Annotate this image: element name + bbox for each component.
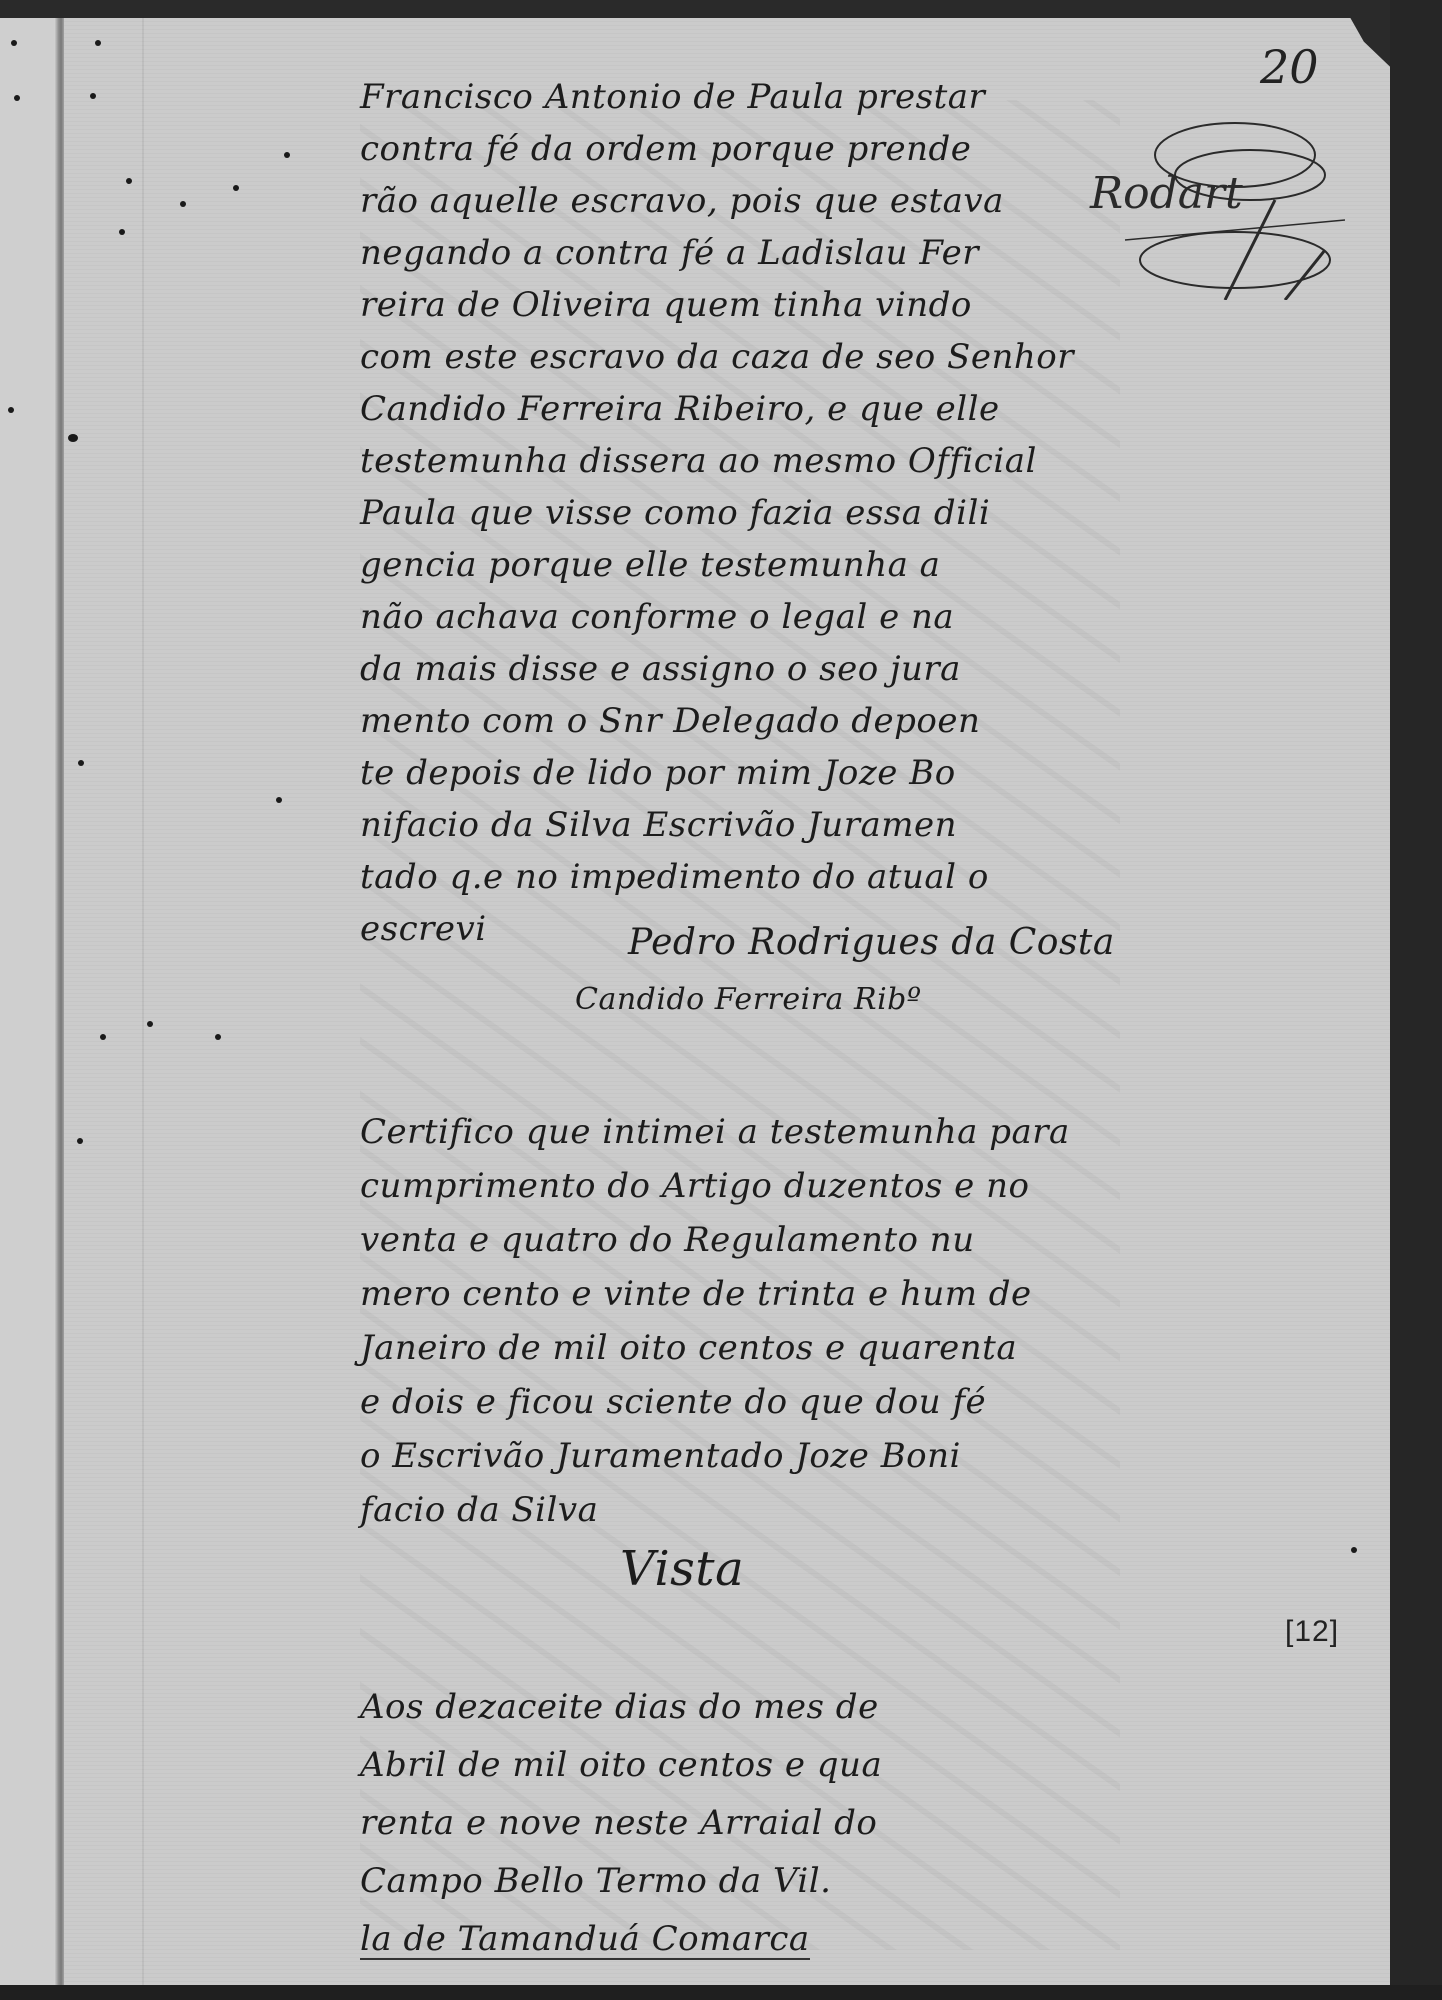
folio-number: 20 xyxy=(1260,40,1319,94)
text-line: Candido Ferreira Ribeiro, e que elle xyxy=(360,392,1000,426)
text-line: Certifico que intimei a testemunha para xyxy=(360,1115,1070,1149)
text-line: renta e nove neste Arraial do xyxy=(360,1806,877,1840)
text-line: nifacio da Silva Escrivão Juramen xyxy=(360,808,957,842)
paper-speck xyxy=(180,201,186,207)
text-line: e dois e ficou sciente do que dou fé xyxy=(360,1385,986,1419)
text-line: testemunha dissera ao mesmo Official xyxy=(360,444,1037,478)
text-line: cumprimento do Artigo duzentos e no xyxy=(360,1169,1029,1203)
paper-speck xyxy=(284,152,290,158)
paper-speck xyxy=(90,93,96,99)
paper-speck xyxy=(77,1138,83,1144)
archive-page-marker: [12] xyxy=(1285,1615,1339,1649)
text-line: Campo Bello Termo da Vil. xyxy=(360,1864,831,1898)
paper-speck xyxy=(11,40,17,46)
text-line: te depois de lido por mim Joze Bo xyxy=(360,756,956,790)
scan-background-right xyxy=(1390,0,1442,2000)
signature-witness: Pedro Rodrigues da Costa xyxy=(628,925,1115,961)
paper-speck xyxy=(147,1021,153,1027)
text-line: Paula que visse como fazia essa dili xyxy=(360,496,990,530)
scanned-manuscript: 20 Rodart Francisco Antonio de Paula pre… xyxy=(0,0,1442,2000)
paper-speck xyxy=(68,434,78,442)
facing-page-edge xyxy=(0,18,56,1993)
signature-second: Candido Ferreira Ribº xyxy=(575,985,921,1015)
text-line: mero cento e vinte de trinta e hum de xyxy=(360,1277,1032,1311)
text-line: com este escravo da caza de seo Senhor xyxy=(360,340,1074,374)
paper-speck xyxy=(1351,1547,1357,1553)
scan-background-bottom xyxy=(0,1985,1442,2000)
vista-heading: Vista xyxy=(620,1545,744,1593)
text-line: tado q.e no impedimento do atual o xyxy=(360,860,989,894)
text-line: Abril de mil oito centos e qua xyxy=(360,1748,882,1782)
paper-speck xyxy=(8,407,14,413)
text-line: gencia porque elle testemunha a xyxy=(360,548,940,582)
paper-speck xyxy=(14,95,20,101)
paper-speck xyxy=(95,40,101,46)
paper-speck xyxy=(215,1034,221,1040)
text-line: Janeiro de mil oito centos e quarenta xyxy=(360,1331,1017,1365)
text-line: Aos dezaceite dias do mes de xyxy=(360,1690,879,1724)
text-line: não achava conforme o legal e na xyxy=(360,600,954,634)
text-line: da mais disse e assigno o seo jura xyxy=(360,652,961,686)
paper-speck xyxy=(78,760,84,766)
text-line: la de Tamanduá Comarca xyxy=(360,1922,810,1960)
text-line: contra fé da ordem porque prende xyxy=(360,132,971,166)
text-line: escrevi xyxy=(360,912,487,946)
text-line: o Escrivão Juramentado Joze Boni xyxy=(360,1439,961,1473)
text-line: Francisco Antonio de Paula prestar xyxy=(360,80,985,114)
paper-speck xyxy=(119,229,125,235)
rubric-flourish-icon xyxy=(1085,110,1345,300)
text-line: rão aquelle escravo, pois que estava xyxy=(360,184,1004,218)
text-line: negando a contra fé a Ladislau Fer xyxy=(360,236,979,270)
paper-speck xyxy=(126,178,132,184)
paper-speck xyxy=(233,185,239,191)
paper-speck xyxy=(100,1034,106,1040)
text-line: reira de Oliveira quem tinha vindo xyxy=(360,288,972,322)
text-line: facio da Silva xyxy=(360,1493,598,1527)
text-line: mento com o Snr Delegado depoen xyxy=(360,704,980,738)
paper-fold xyxy=(142,18,144,1986)
text-line: venta e quatro do Regulamento nu xyxy=(360,1223,975,1257)
paper-speck xyxy=(276,797,282,803)
